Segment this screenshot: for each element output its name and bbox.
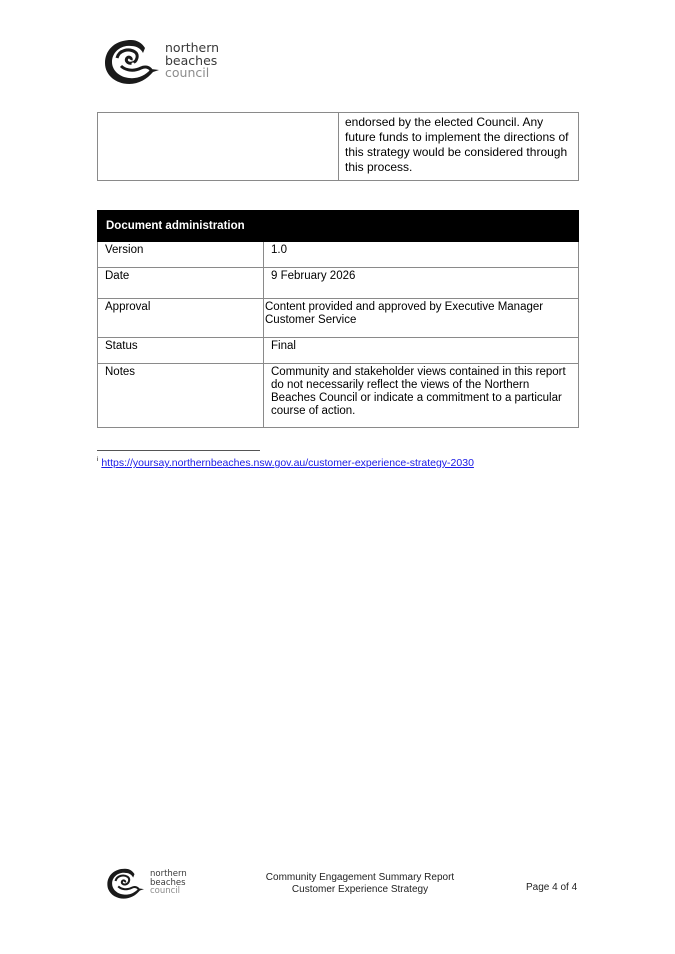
footnote-marker: i bbox=[97, 457, 98, 463]
table-cell: endorsed by the elected Council. Any fut… bbox=[339, 113, 579, 181]
table-row: Status Final bbox=[98, 338, 579, 364]
row-label: Approval bbox=[98, 299, 264, 338]
footnote: ihttps://yoursay.northernbeaches.nsw.gov… bbox=[97, 457, 474, 469]
table-row: Approval Content provided and approved b… bbox=[98, 299, 579, 338]
row-value: Final bbox=[264, 338, 579, 364]
row-value: 9 February 2026 bbox=[264, 268, 579, 299]
table-row: Notes Community and stakeholder views co… bbox=[98, 364, 579, 428]
wave-emblem-icon bbox=[106, 866, 144, 900]
table-row: Date 9 February 2026 bbox=[98, 268, 579, 299]
row-label: Version bbox=[98, 242, 264, 268]
row-value: Community and stakeholder views containe… bbox=[264, 364, 579, 428]
logo-wordmark: northern beaches council bbox=[165, 42, 219, 80]
footer-logo-wordmark: northern beaches council bbox=[150, 870, 187, 896]
table-header: Document administration bbox=[98, 211, 579, 242]
footnote-link[interactable]: https://yoursay.northernbeaches.nsw.gov.… bbox=[101, 457, 474, 469]
council-logo: northern beaches council bbox=[103, 36, 219, 86]
footer-logo: northern beaches council bbox=[106, 866, 187, 900]
document-administration-table: Document administration Version 1.0 Date… bbox=[97, 210, 579, 428]
row-label: Status bbox=[98, 338, 264, 364]
page-number: Page 4 of 4 bbox=[526, 882, 577, 893]
footnote-separator bbox=[97, 450, 260, 451]
continued-table: endorsed by the elected Council. Any fut… bbox=[97, 112, 579, 181]
row-label: Date bbox=[98, 268, 264, 299]
table-row: Version 1.0 bbox=[98, 242, 579, 268]
footer-title: Community Engagement Summary Report Cust… bbox=[250, 872, 470, 896]
wave-emblem-icon bbox=[103, 36, 159, 86]
row-value: Content provided and approved by Executi… bbox=[264, 299, 579, 338]
table-row: endorsed by the elected Council. Any fut… bbox=[98, 113, 579, 181]
row-label: Notes bbox=[98, 364, 264, 428]
table-cell bbox=[98, 113, 339, 181]
row-value: 1.0 bbox=[264, 242, 579, 268]
